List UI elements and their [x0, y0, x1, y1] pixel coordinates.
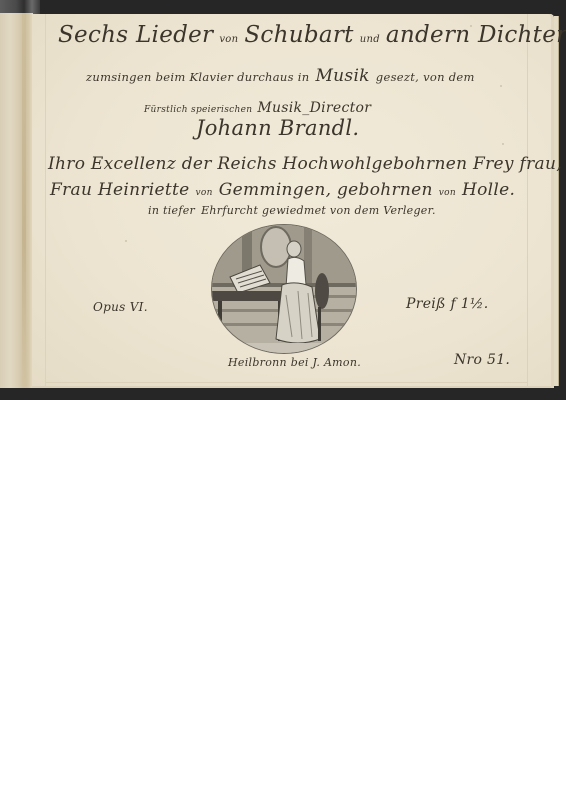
plate-mark-left [45, 14, 46, 386]
dedication-text: Ihro Excellenz der Reichs Hochwohlgebohr… [48, 154, 562, 174]
title-text: und [360, 34, 380, 45]
dedication-text: Holle. [462, 180, 515, 200]
paper-fleck [502, 143, 504, 145]
price: Preiß f 1½. [406, 296, 489, 312]
opus-number: Opus VI. [93, 300, 148, 314]
subtitle-text: gesezt, von dem [376, 70, 475, 84]
title-text: Sechs Lieder [58, 22, 213, 48]
dedication-line-3: in tiefer Ehrfurcht gewiedmet von dem Ve… [148, 204, 436, 217]
dedication-text: von [196, 188, 213, 198]
subtitle-text: Musik [315, 66, 369, 86]
title-text: andern Dichtern. [386, 22, 566, 48]
plate-number: Nro 51. [454, 352, 510, 368]
page-edge [554, 16, 559, 386]
scanned-page-frame: Sechs Lieder von Schubart und andern Dic… [0, 0, 566, 400]
paper-fleck [500, 85, 502, 87]
scanner-edge-strip [0, 0, 40, 14]
engraved-vignette-illustration [212, 225, 356, 353]
dedication-text: Frau Heinriette [50, 180, 190, 200]
woman-at-keyboard-image [212, 225, 356, 353]
title-text: von [219, 34, 238, 45]
dedication-text: Gemmingen, gebohrnen [219, 180, 433, 200]
paper-fleck [125, 240, 127, 242]
dedication-line-1: Ihro Excellenz der Reichs Hochwohlgebohr… [48, 154, 562, 174]
subtitle-text: zumsingen beim Klavier durchaus in [86, 70, 309, 84]
main-title: Sechs Lieder von Schubart und andern Dic… [58, 22, 514, 48]
subtitle: zumsingen beim Klavier durchaus in Musik… [86, 66, 475, 86]
book-binding-edge [0, 13, 33, 388]
plate-mark-right [527, 14, 528, 386]
binding-crease [22, 13, 26, 388]
dedication-text: von [439, 188, 456, 198]
position-text: Musik_Director [257, 100, 371, 116]
publisher-imprint: Heilbronn bei J. Amon. [228, 356, 361, 369]
title-poet-name: Schubart [244, 22, 353, 48]
dedication-text: in tiefer [148, 204, 195, 217]
plate-mark-bottom [45, 382, 528, 383]
dedication-text: Ehrfurcht gewiedmet von dem Verleger. [201, 204, 436, 217]
position-text: Fürstlich speierischen [144, 105, 252, 115]
dedication-line-2: Frau Heinriette von Gemmingen, gebohrnen… [50, 180, 515, 200]
composer-name: Johann Brandl. [196, 116, 359, 140]
composer-position: Fürstlich speierischen Musik_Director [144, 100, 371, 116]
